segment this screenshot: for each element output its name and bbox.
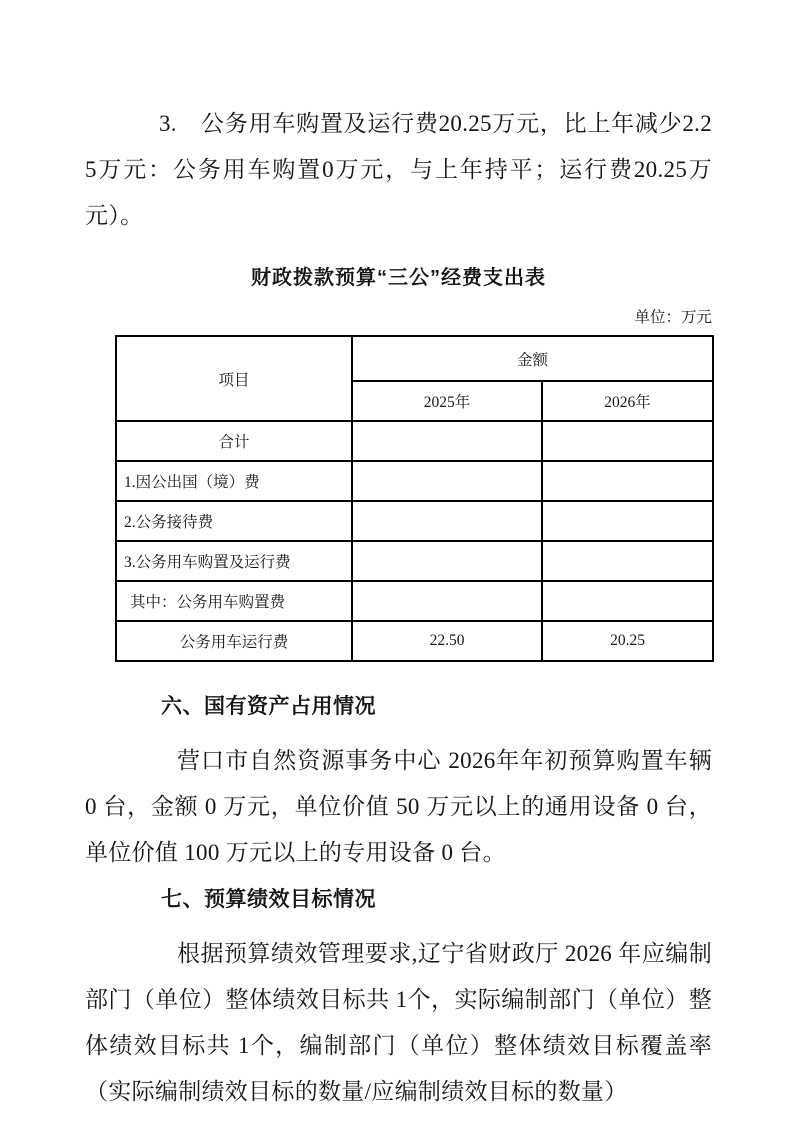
para-vehicle-expense: 3. 公务用车购置及运行费20.25万元，比上年减少2.25万元：公务用车购置0… xyxy=(85,101,712,239)
value-2025 xyxy=(352,501,542,541)
table-row-vehicle-operating-fee: 公务用车运行费 22.50 20.25 xyxy=(116,621,713,661)
table-header-row-amount: 项目 金额 xyxy=(116,336,713,381)
row-label: 1.因公出国（境）费 xyxy=(116,461,352,501)
section-heading-state-assets: 六、国有资产占用情况 xyxy=(161,692,712,721)
value-2026: 20.25 xyxy=(542,621,713,661)
unit-note: 单位：万元 xyxy=(85,307,712,329)
value-2025: 22.50 xyxy=(352,621,542,661)
item-column-header: 项目 xyxy=(116,336,352,421)
row-label: 合计 xyxy=(116,421,352,461)
para-performance-targets: 根据预算绩效管理要求,辽宁省财政厅 2026 年应编制部门（单位）整体绩效目标共… xyxy=(85,931,712,1115)
value-2026 xyxy=(542,541,713,581)
value-2025 xyxy=(352,421,542,461)
section-heading-performance-targets: 七、预算绩效目标情况 xyxy=(161,885,712,914)
table-row-reception-fee: 2.公务接待费 xyxy=(116,501,713,541)
year-2026-header: 2026年 xyxy=(542,381,713,421)
row-label: 其中：公务用车购置费 xyxy=(116,581,352,621)
document-page: 3. 公务用车购置及运行费20.25万元，比上年减少2.25万元：公务用车购置0… xyxy=(0,0,793,1122)
three-public-expense-table: 项目 金额 2025年 2026年 合计 1.因公出国（境）费 xyxy=(115,335,714,662)
value-2026 xyxy=(542,421,713,461)
value-2025 xyxy=(352,541,542,581)
row-label: 2.公务接待费 xyxy=(116,501,352,541)
row-label: 3.公务用车购置及运行费 xyxy=(116,541,352,581)
amount-column-header: 金额 xyxy=(352,336,713,381)
table-row-vehicle-purchase-fee: 其中：公务用车购置费 xyxy=(116,581,713,621)
value-2026 xyxy=(542,581,713,621)
value-2026 xyxy=(542,461,713,501)
year-2025-header: 2025年 xyxy=(352,381,542,421)
page-content: 3. 公务用车购置及运行费20.25万元，比上年减少2.25万元：公务用车购置0… xyxy=(0,101,793,1115)
para-state-assets: 营口市自然资源事务中心 2026年年初预算购置车辆 0 台，金额 0 万元，单位… xyxy=(85,738,712,876)
table-row-abroad-fee: 1.因公出国（境）费 xyxy=(116,461,713,501)
value-2025 xyxy=(352,461,542,501)
value-2025 xyxy=(352,581,542,621)
table-row-vehicle-total-fee: 3.公务用车购置及运行费 xyxy=(116,541,713,581)
row-label: 公务用车运行费 xyxy=(116,621,352,661)
table-row-total: 合计 xyxy=(116,421,713,461)
table-title: 财政拨款预算“三公”经费支出表 xyxy=(85,264,712,292)
value-2026 xyxy=(542,501,713,541)
